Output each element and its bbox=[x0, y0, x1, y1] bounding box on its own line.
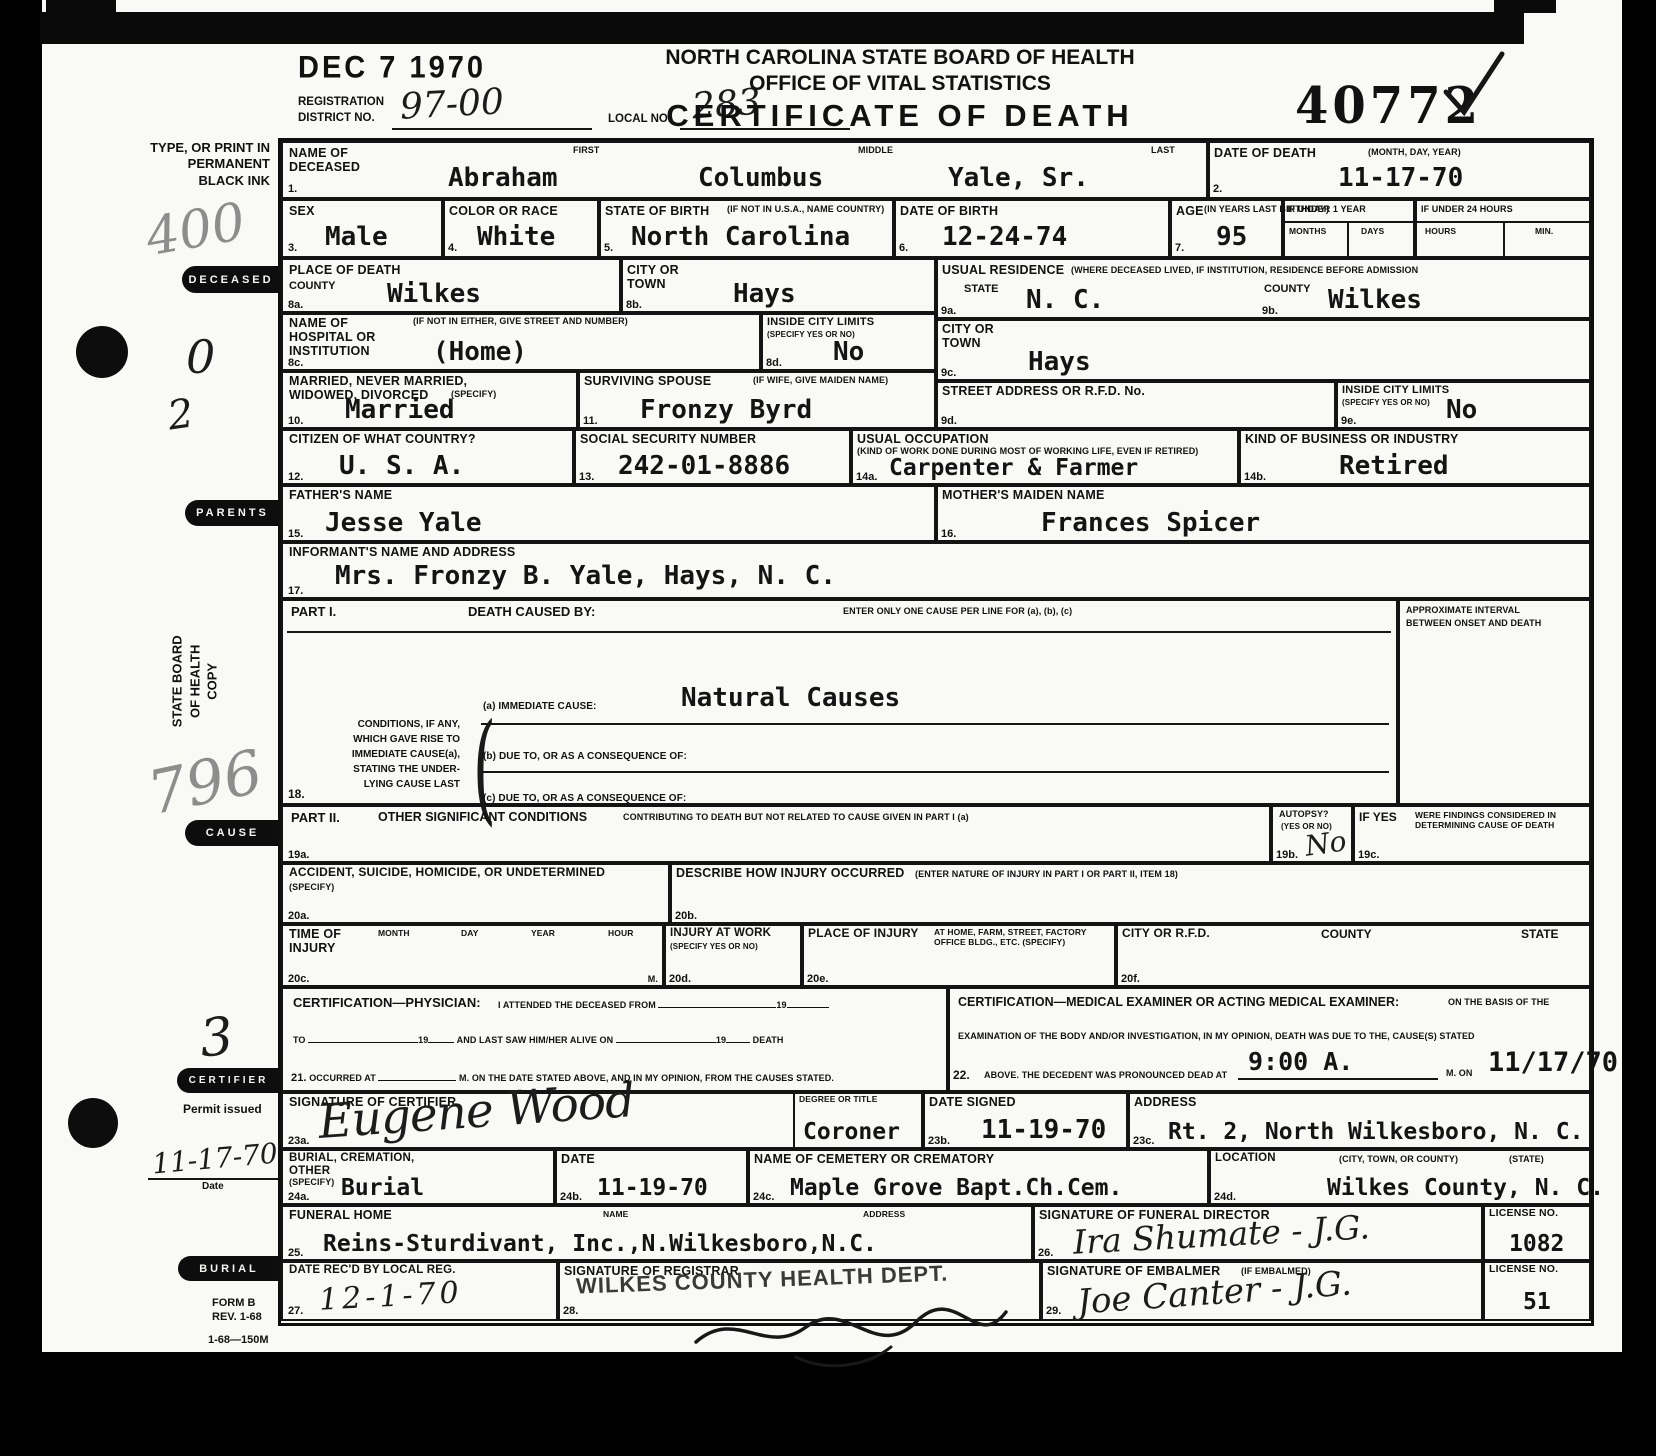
burial-location-label: LOCATION bbox=[1215, 1152, 1276, 1165]
tab-parents: PARENTS bbox=[185, 500, 280, 526]
field-approximate-interval: APPROXIMATE INTERVAL BETWEEN ONSET AND D… bbox=[1396, 597, 1591, 807]
death-caused-by-label: DEATH CAUSED BY: bbox=[468, 604, 595, 619]
copy-line3: COPY bbox=[204, 601, 222, 761]
death-city-label: CITY OR TOWN bbox=[627, 263, 687, 291]
m-on-label: M. ON bbox=[1446, 1068, 1473, 1078]
field-25-number: 25. bbox=[288, 1247, 303, 1259]
field-state-of-birth: STATE OF BIRTH (IF NOT IN U.S.A., NAME C… bbox=[597, 199, 896, 258]
physician-lastsaw-text: TO 19 AND LAST SAW HIM/HER ALIVE ON 19 D… bbox=[293, 1033, 784, 1045]
first-name-value: Abraham bbox=[448, 163, 558, 193]
field-9a-number: 9a. bbox=[941, 305, 956, 317]
field-11-number: 11. bbox=[583, 415, 598, 427]
field-9d-number: 9d. bbox=[941, 415, 957, 427]
field-22-number: 22. bbox=[953, 1068, 970, 1082]
section-certification-medical-examiner: CERTIFICATION—MEDICAL EXAMINER OR ACTING… bbox=[946, 985, 1591, 1094]
hospital-sublabel: (IF NOT IN EITHER, GIVE STREET AND NUMBE… bbox=[413, 316, 628, 326]
funeral-home-value: Reins-Sturdivant, Inc.,N.Wilkesboro,N.C. bbox=[323, 1231, 877, 1257]
ssn-label: SOCIAL SECURITY NUMBER bbox=[580, 432, 756, 446]
industry-value: Retired bbox=[1339, 451, 1449, 481]
occupation-value: Carpenter & Farmer bbox=[889, 455, 1138, 481]
age-sublabel: (IN YEARS LAST BIRTHDAY) bbox=[1204, 204, 1280, 214]
field-occupation: USUAL OCCUPATION (KIND OF WORK DONE DURI… bbox=[849, 427, 1241, 487]
field-14a-number: 14a. bbox=[856, 471, 877, 483]
field-burial-date: DATE 24b. 11-19-70 bbox=[553, 1147, 750, 1207]
immediate-cause-label: (a) IMMEDIATE CAUSE: bbox=[483, 701, 596, 712]
field-date-signed: DATE SIGNED 23b. 11-19-70 bbox=[921, 1090, 1130, 1151]
spouse-sublabel: (IF WIFE, GIVE MAIDEN NAME) bbox=[753, 375, 888, 385]
county-label: COUNTY bbox=[289, 280, 335, 292]
conditions-note-line4: STATING THE UNDER- bbox=[335, 762, 460, 777]
field-residence-city: CITY OR TOWN 9c. Hays bbox=[934, 317, 1591, 383]
approx-interval-line1: APPROXIMATE INTERVAL bbox=[1406, 604, 1541, 617]
field-if-under-24-hours: IF UNDER 24 HOURS HOURS MIN. bbox=[1413, 199, 1591, 258]
field-24a-number: 24a. bbox=[288, 1191, 309, 1203]
field-20a-number: 20a. bbox=[288, 910, 309, 922]
license1-value: 1082 bbox=[1509, 1231, 1564, 1257]
autopsy-label: AUTOPSY? bbox=[1279, 809, 1329, 819]
tab-cause: CAUSE bbox=[185, 820, 280, 846]
state-of-birth-sublabel: (IF NOT IN U.S.A., NAME COUNTRY) bbox=[727, 204, 882, 214]
residence-city-value: Hays bbox=[1028, 347, 1091, 377]
informant-label: INFORMANT'S NAME AND ADDRESS bbox=[289, 545, 515, 559]
field-12-number: 12. bbox=[288, 471, 303, 483]
scan-artifact-corner-left bbox=[46, 0, 116, 13]
field-28-number: 28. bbox=[563, 1305, 578, 1317]
field-injury-location: CITY OR R.F.D. COUNTY STATE 20f. bbox=[1114, 922, 1591, 989]
mother-label: MOTHER'S MAIDEN NAME bbox=[942, 488, 1105, 502]
field-burial-location: LOCATION (CITY, TOWN, OR COUNTY) (STATE)… bbox=[1207, 1147, 1591, 1207]
first-column-label: FIRST bbox=[573, 145, 600, 155]
field-date-of-birth: DATE OF BIRTH 6. 12-24-74 bbox=[892, 199, 1172, 258]
state-of-birth-label: STATE OF BIRTH bbox=[605, 204, 709, 218]
death-city-value: Hays bbox=[733, 279, 796, 309]
license1-label: LICENSE NO. bbox=[1489, 1208, 1558, 1220]
copy-designation: STATE BOARD OF HEALTH COPY bbox=[169, 601, 222, 761]
certifier-address-value: Rt. 2, North Wilkesboro, N. C. bbox=[1168, 1119, 1583, 1145]
marital-value: Married bbox=[345, 395, 455, 425]
me-pronounced-text: ABOVE. THE DECEDENT WAS PRONOUNCED DEAD … bbox=[984, 1070, 1227, 1080]
field-date-received: DATE REC'D BY LOCAL REG. 27. 12-1-70 bbox=[281, 1259, 560, 1321]
accident-label: ACCIDENT, SUICIDE, HOMICIDE, OR UNDETERM… bbox=[289, 866, 605, 879]
field-license-no-director: LICENSE NO. 1082 bbox=[1481, 1203, 1591, 1263]
print-instruction: TYPE, OR PRINT IN PERMANENT BLACK INK bbox=[138, 140, 270, 189]
certificate-title: CERTIFICATE OF DEATH bbox=[640, 98, 1160, 134]
funeral-home-address-label: ADDRESS bbox=[863, 1209, 905, 1219]
license2-value: 51 bbox=[1523, 1289, 1551, 1315]
field-8a-number: 8a. bbox=[288, 299, 303, 311]
field-sex: SEX 3. Male bbox=[281, 199, 445, 258]
father-label: FATHER'S NAME bbox=[289, 488, 392, 502]
field-5-number: 5. bbox=[604, 242, 613, 254]
sex-value: Male bbox=[325, 222, 388, 252]
field-name-of-deceased: NAME OF DECEASED FIRST MIDDLE LAST 1. Ab… bbox=[281, 141, 1210, 199]
due-to-b-line bbox=[481, 771, 1389, 773]
field-hospital: NAME OF HOSPITAL OR INSTITUTION (IF NOT … bbox=[281, 311, 763, 373]
place-of-injury-label: PLACE OF INJURY bbox=[808, 927, 919, 940]
pronounced-time-value: 9:00 A. bbox=[1248, 1047, 1353, 1076]
field-15-number: 15. bbox=[288, 528, 303, 540]
year-label: YEAR bbox=[531, 928, 555, 938]
margin-handwriting-0: 0 bbox=[186, 330, 215, 384]
degree-or-title-box: DEGREE OR TITLE Coroner bbox=[793, 1092, 923, 1149]
residence-city-label: CITY OR TOWN bbox=[942, 322, 1002, 350]
field-color-or-race: COLOR OR RACE 4. White bbox=[441, 199, 601, 258]
residence-county-label: COUNTY bbox=[1264, 283, 1310, 295]
field-signature-of-certifier: SIGNATURE OF CERTIFIER 23a. Eugene Wood … bbox=[281, 1090, 925, 1151]
injury-at-work-sublabel: (SPECIFY YES OR NO) bbox=[670, 942, 758, 951]
field-cemetery: NAME OF CEMETERY OR CREMATORY 24c. Maple… bbox=[746, 1147, 1211, 1207]
field-8d-number: 8d. bbox=[766, 357, 782, 369]
field-20d-number: 20d. bbox=[669, 973, 691, 985]
father-value: Jesse Yale bbox=[325, 508, 482, 538]
copy-line1: STATE BOARD bbox=[169, 601, 187, 761]
meridiem-label: M. bbox=[648, 974, 658, 984]
burial-location-sub1: (CITY, TOWN, OR COUNTY) bbox=[1339, 1154, 1458, 1164]
field-place-of-death-county: PLACE OF DEATH COUNTY 8a. Wilkes bbox=[281, 258, 623, 315]
last-name-value: Yale, Sr. bbox=[948, 163, 1089, 193]
field-2-number: 2. bbox=[1213, 183, 1222, 195]
due-to-b-label: (b) DUE TO, OR AS A CONSEQUENCE OF: bbox=[483, 751, 687, 762]
conditions-note-line5: LYING CAUSE LAST bbox=[335, 777, 460, 792]
org-line1: NORTH CAROLINA STATE BOARD OF HEALTH bbox=[640, 46, 1160, 70]
age-value: 95 bbox=[1216, 222, 1247, 252]
tab-burial: BURIAL bbox=[178, 1256, 280, 1281]
field-29-number: 29. bbox=[1046, 1305, 1061, 1317]
field-street-address: STREET ADDRESS OR R.F.D. No. 9d. bbox=[934, 379, 1338, 431]
citizen-label: CITIZEN OF WHAT COUNTRY? bbox=[289, 432, 476, 446]
part2-label: PART II. bbox=[291, 810, 340, 825]
field-surviving-spouse: SURVIVING SPOUSE (IF WIFE, GIVE MAIDEN N… bbox=[576, 369, 938, 431]
field-10-number: 10. bbox=[288, 415, 303, 427]
field-certifier-address: ADDRESS 23c. Rt. 2, North Wilkesboro, N.… bbox=[1126, 1090, 1591, 1151]
field-7-number: 7. bbox=[1175, 242, 1184, 254]
field-industry: KIND OF BUSINESS OR INDUSTRY 14b. Retire… bbox=[1237, 427, 1591, 487]
spouse-label: SURVIVING SPOUSE bbox=[584, 374, 711, 388]
part1-header-rule bbox=[287, 631, 1391, 633]
field-9b-number: 9b. bbox=[1262, 305, 1278, 317]
field-20e-number: 20e. bbox=[807, 973, 828, 985]
section-part2-other-conditions: PART II. OTHER SIGNIFICANT CONDITIONS CO… bbox=[281, 803, 1273, 865]
date-of-death-value: 11-17-70 bbox=[1338, 163, 1463, 193]
hour-label: HOUR bbox=[608, 928, 633, 938]
race-value: White bbox=[477, 222, 555, 252]
field-9e-number: 9e. bbox=[1341, 415, 1356, 427]
field-20c-number: 20c. bbox=[288, 973, 309, 985]
icl-9e-value: No bbox=[1446, 395, 1477, 425]
field-14b-number: 14b. bbox=[1244, 471, 1266, 483]
date-signed-value: 11-19-70 bbox=[981, 1115, 1106, 1145]
funeral-home-label: FUNERAL HOME bbox=[289, 1208, 392, 1222]
place-of-death-header: PLACE OF DEATH bbox=[289, 263, 401, 277]
spouse-value: Fronzy Byrd bbox=[640, 395, 812, 425]
approx-interval-line2: BETWEEN ONSET AND DEATH bbox=[1406, 617, 1541, 630]
under-24-hours-vdivider bbox=[1503, 221, 1505, 256]
date-received-value: 12-1-70 bbox=[318, 1275, 463, 1317]
cemetery-value: Maple Grove Bapt.Ch.Cem. bbox=[790, 1175, 1122, 1201]
field-24c-number: 24c. bbox=[753, 1191, 774, 1203]
date-of-death-label: DATE OF DEATH bbox=[1214, 146, 1316, 160]
margin-handwriting-3: 3 bbox=[197, 1006, 236, 1069]
permit-issued-label: Permit issued bbox=[183, 1102, 262, 1116]
field-23b-number: 23b. bbox=[928, 1135, 950, 1147]
print-instruction-line3: BLACK INK bbox=[138, 173, 270, 189]
date-signed-label: DATE SIGNED bbox=[929, 1095, 1016, 1109]
org-line2: OFFICE OF VITAL STATISTICS bbox=[640, 72, 1160, 96]
me-basis-text: ON THE BASIS OF THE bbox=[1448, 997, 1549, 1007]
month-label: MONTH bbox=[378, 928, 410, 938]
license2-label: LICENSE NO. bbox=[1489, 1264, 1558, 1276]
accident-sublabel: (SPECIFY) bbox=[289, 882, 334, 892]
field-embalmer-signature: SIGNATURE OF EMBALMER (IF EMBALMED) 29. … bbox=[1039, 1259, 1485, 1321]
injury-county-label: COUNTY bbox=[1321, 927, 1372, 941]
if-yes-sublabel: WERE FINDINGS CONSIDERED IN DETERMINING … bbox=[1415, 810, 1583, 830]
date-of-birth-label: DATE OF BIRTH bbox=[900, 204, 998, 218]
icl-9e-label: INSIDE CITY LIMITS bbox=[1342, 384, 1449, 396]
form-number: FORM B REV. 1-68 bbox=[212, 1296, 262, 1325]
punch-hole-top bbox=[76, 326, 128, 378]
hours-label: HOURS bbox=[1425, 226, 1456, 236]
registration-underline bbox=[392, 128, 592, 130]
field-8c-number: 8c. bbox=[288, 357, 303, 369]
date-of-birth-value: 12-24-74 bbox=[942, 222, 1067, 252]
field-place-of-death-city: CITY OR TOWN 8b. Hays bbox=[619, 258, 938, 315]
injury-at-work-label: INJURY AT WORK bbox=[670, 927, 771, 940]
field-20f-number: 20f. bbox=[1121, 973, 1140, 985]
physician-attended-text: I ATTENDED THE DECEASED FROM 19 bbox=[498, 998, 829, 1010]
field-19c-number: 19c. bbox=[1358, 849, 1379, 861]
certifier-address-label: ADDRESS bbox=[1134, 1095, 1197, 1109]
usual-residence-sublabel: (WHERE DECEASED LIVED, IF INSTITUTION, R… bbox=[1071, 265, 1418, 275]
burial-date-value: 11-19-70 bbox=[597, 1175, 708, 1201]
field-autopsy-findings: IF YES WERE FINDINGS CONSIDERED IN DETER… bbox=[1351, 803, 1591, 865]
injury-city-label: CITY OR R.F.D. bbox=[1122, 927, 1210, 940]
conditions-note-line1: CONDITIONS, IF ANY, bbox=[335, 717, 460, 732]
field-injury-at-work: INJURY AT WORK (SPECIFY YES OR NO) 20d. bbox=[662, 922, 804, 989]
immediate-cause-value: Natural Causes bbox=[681, 683, 900, 713]
field-9c-number: 9c. bbox=[941, 367, 956, 379]
field-6-number: 6. bbox=[899, 242, 908, 254]
field-place-of-injury: PLACE OF INJURY AT HOME, FARM, STREET, F… bbox=[800, 922, 1118, 989]
time-of-injury-label: TIME OF INJURY bbox=[289, 927, 349, 955]
describe-injury-sublabel: (ENTER NATURE OF INJURY IN PART I OR PAR… bbox=[915, 869, 1178, 879]
hospital-value: (Home) bbox=[433, 337, 527, 367]
pronounced-time-line bbox=[1238, 1078, 1438, 1080]
enter-one-cause-note: ENTER ONLY ONE CAUSE PER LINE FOR (a), (… bbox=[843, 606, 1072, 616]
name-of-deceased-label: NAME OF DECEASED bbox=[289, 146, 384, 174]
field-13-number: 13. bbox=[579, 471, 594, 483]
physician-cert-title: CERTIFICATION—PHYSICIAN: bbox=[293, 995, 481, 1010]
citizen-value: U. S. A. bbox=[339, 451, 464, 481]
under-24-hours-divider bbox=[1415, 221, 1589, 223]
last-column-label: LAST bbox=[1151, 145, 1175, 155]
field-funeral-home: FUNERAL HOME NAME ADDRESS 25. Reins-Stur… bbox=[281, 1203, 1035, 1263]
field-inside-city-limits-9e: INSIDE CITY LIMITS (SPECIFY YES OR NO) 9… bbox=[1334, 379, 1591, 431]
conditions-note-line3: IMMEDIATE CAUSE(a), bbox=[335, 747, 460, 762]
middle-column-label: MIDDLE bbox=[858, 145, 893, 155]
part1-label: PART I. bbox=[291, 604, 336, 619]
under-1-year-label: IF UNDER 1 YEAR bbox=[1287, 204, 1366, 214]
received-date-stamp: DEC 7 1970 bbox=[298, 51, 486, 87]
field-ssn: SOCIAL SECURITY NUMBER 13. 242-01-8886 bbox=[572, 427, 853, 487]
min-label: MIN. bbox=[1535, 226, 1553, 236]
marital-sublabel: (SPECIFY) bbox=[451, 389, 496, 399]
field-describe-injury: DESCRIBE HOW INJURY OCCURRED (ENTER NATU… bbox=[668, 861, 1591, 926]
burial-type-sublabel: (SPECIFY) bbox=[289, 1177, 334, 1187]
field-20b-number: 20b. bbox=[675, 910, 697, 922]
field-if-under-1-year: IF UNDER 1 YEAR MONTHS DAYS bbox=[1281, 199, 1417, 258]
field-citizen: CITIZEN OF WHAT COUNTRY? 12. U. S. A. bbox=[281, 427, 576, 487]
burial-type-value: Burial bbox=[341, 1175, 424, 1201]
months-label: MONTHS bbox=[1289, 226, 1326, 236]
icl-8d-label: INSIDE CITY LIMITS bbox=[767, 316, 874, 328]
field-27-number: 27. bbox=[288, 1305, 303, 1317]
field-24b-number: 24b. bbox=[560, 1191, 582, 1203]
hospital-label: NAME OF HOSPITAL OR INSTITUTION bbox=[289, 316, 399, 358]
sex-label: SEX bbox=[289, 204, 315, 218]
death-county-value: Wilkes bbox=[387, 279, 481, 309]
day-label: DAY bbox=[461, 928, 478, 938]
registration-label-line1: REGISTRATION bbox=[298, 96, 384, 108]
field-19b-number: 19b. bbox=[1276, 849, 1298, 861]
form-print-run: 1-68—150M bbox=[208, 1334, 269, 1346]
immediate-cause-line bbox=[481, 723, 1389, 725]
burial-type-label: BURIAL, CREMATION, OTHER bbox=[289, 1152, 439, 1178]
approx-interval-label: APPROXIMATE INTERVAL BETWEEN ONSET AND D… bbox=[1406, 604, 1541, 629]
under-1-year-vdivider bbox=[1347, 221, 1349, 256]
describe-injury-label: DESCRIBE HOW INJURY OCCURRED bbox=[676, 866, 905, 880]
checkmark-icon bbox=[1438, 48, 1510, 120]
field-mother-name: MOTHER'S MAIDEN NAME 16. Frances Spicer bbox=[934, 483, 1591, 544]
degree-label: DEGREE OR TITLE bbox=[799, 1094, 877, 1104]
field-1-number: 1. bbox=[288, 183, 297, 195]
copy-line2: OF HEALTH bbox=[186, 601, 204, 761]
burial-location-value: Wilkes County, N. C. bbox=[1327, 1175, 1604, 1201]
form-number-line2: REV. 1-68 bbox=[212, 1310, 262, 1324]
field-8b-number: 8b. bbox=[626, 299, 642, 311]
registration-label-line2: DISTRICT NO. bbox=[298, 112, 375, 124]
field-autopsy: AUTOPSY? (YES OR NO) 19b. No bbox=[1269, 803, 1355, 865]
field-24d-number: 24d. bbox=[1214, 1191, 1236, 1203]
certificate-form: NAME OF DECEASED FIRST MIDDLE LAST 1. Ab… bbox=[278, 138, 1594, 1326]
middle-name-value: Columbus bbox=[698, 163, 823, 193]
burial-date-label: DATE bbox=[561, 1152, 595, 1166]
days-label: DAYS bbox=[1361, 226, 1384, 236]
field-3-number: 3. bbox=[288, 242, 297, 254]
autopsy-value: No bbox=[1303, 824, 1349, 862]
date-of-death-sublabel: (MONTH, DAY, YEAR) bbox=[1368, 147, 1461, 157]
registrar-signature-flourish bbox=[676, 1287, 1016, 1377]
field-23a-number: 23a. bbox=[288, 1135, 309, 1147]
print-instruction-line1: TYPE, OR PRINT IN bbox=[138, 140, 270, 156]
field-license-no-embalmer: LICENSE NO. 51 bbox=[1481, 1259, 1591, 1321]
mother-value: Frances Spicer bbox=[1041, 508, 1260, 538]
state-of-birth-value: North Carolina bbox=[631, 222, 850, 252]
cemetery-label: NAME OF CEMETERY OR CREMATORY bbox=[754, 1152, 994, 1166]
print-instruction-line2: PERMANENT bbox=[138, 156, 270, 172]
funeral-home-name-label: NAME bbox=[603, 1209, 628, 1219]
place-of-injury-sublabel: AT HOME, FARM, STREET, FACTORY OFFICE BL… bbox=[934, 928, 1104, 948]
field-funeral-director-signature: SIGNATURE OF FUNERAL DIRECTOR 26. Ira Sh… bbox=[1031, 1203, 1485, 1263]
field-time-of-injury: TIME OF INJURY MONTH DAY YEAR HOUR 20c. … bbox=[281, 922, 666, 989]
icl-8d-value: No bbox=[833, 337, 864, 367]
injury-state-label: STATE bbox=[1521, 927, 1559, 941]
scanned-death-certificate: DEC 7 1970 REGISTRATION DISTRICT NO. 97-… bbox=[0, 0, 1656, 1456]
street-address-label: STREET ADDRESS OR R.F.D. No. bbox=[942, 384, 1145, 398]
permit-date-label: Date bbox=[202, 1181, 224, 1192]
field-23c-number: 23c. bbox=[1133, 1135, 1154, 1147]
form-number-line1: FORM B bbox=[212, 1296, 262, 1310]
field-26-number: 26. bbox=[1038, 1247, 1053, 1259]
tab-deceased: DECEASED bbox=[182, 266, 280, 293]
field-marital-status: MARRIED, NEVER MARRIED, WIDOWED, DIVORCE… bbox=[281, 369, 580, 431]
degree-value: Coroner bbox=[803, 1119, 900, 1145]
field-father-name: FATHER'S NAME 15. Jesse Yale bbox=[281, 483, 938, 544]
date-received-label: DATE REC'D BY LOCAL REG. bbox=[289, 1264, 456, 1277]
under-1-year-divider bbox=[1283, 221, 1415, 223]
residence-state-label: STATE bbox=[964, 283, 998, 295]
section-part1-cause-of-death: PART I. DEATH CAUSED BY: ENTER ONLY ONE … bbox=[281, 597, 1400, 807]
field-usual-residence-state-county: USUAL RESIDENCE (WHERE DECEASED LIVED, I… bbox=[934, 258, 1591, 321]
scan-artifact-corner-right bbox=[1494, 0, 1556, 13]
icl-9e-sublabel: (SPECIFY YES OR NO) bbox=[1342, 398, 1430, 407]
conditions-note-line2: WHICH GAVE RISE TO bbox=[335, 732, 460, 747]
field-date-of-death: DATE OF DEATH (MONTH, DAY, YEAR) 2. 11-1… bbox=[1206, 141, 1591, 199]
field-inside-city-limits-8d: INSIDE CITY LIMITS (SPECIFY YES OR NO) 8… bbox=[759, 311, 938, 373]
me-exam-text: EXAMINATION OF THE BODY AND/OR INVESTIGA… bbox=[958, 1031, 1475, 1041]
age-label: AGE bbox=[1176, 204, 1204, 218]
residence-county-value: Wilkes bbox=[1328, 285, 1422, 315]
field-accident-suicide-homicide: ACCIDENT, SUICIDE, HOMICIDE, OR UNDETERM… bbox=[281, 861, 672, 926]
occupation-label: USUAL OCCUPATION bbox=[857, 432, 989, 446]
race-label: COLOR OR RACE bbox=[449, 204, 558, 218]
scan-artifact-top-band bbox=[40, 12, 1524, 44]
punch-hole-bottom bbox=[68, 1098, 118, 1148]
field-17-number: 17. bbox=[288, 585, 303, 597]
usual-residence-header: USUAL RESIDENCE bbox=[942, 263, 1064, 277]
under-24-hours-label: IF UNDER 24 HOURS bbox=[1421, 204, 1513, 214]
tab-certifier: CERTIFIER bbox=[177, 1068, 280, 1093]
other-conditions-label: OTHER SIGNIFICANT CONDITIONS bbox=[378, 810, 587, 824]
pronounced-date-value: 11/17/70 bbox=[1488, 1047, 1618, 1078]
ssn-value: 242-01-8886 bbox=[618, 451, 790, 481]
field-burial-type: BURIAL, CREMATION, OTHER (SPECIFY) 24a. … bbox=[281, 1147, 557, 1207]
field-18-number: 18. bbox=[288, 787, 305, 801]
residence-state-value: N. C. bbox=[1026, 285, 1104, 315]
industry-label: KIND OF BUSINESS OR INDUSTRY bbox=[1245, 432, 1459, 446]
registration-district-value: 97-00 bbox=[399, 81, 505, 127]
field-4-number: 4. bbox=[448, 242, 457, 254]
field-age: AGE (IN YEARS LAST BIRTHDAY) 7. 95 bbox=[1168, 199, 1285, 258]
me-cert-title: CERTIFICATION—MEDICAL EXAMINER OR ACTING… bbox=[958, 995, 1399, 1009]
if-yes-label: IF YES bbox=[1359, 810, 1397, 824]
field-informant: INFORMANT'S NAME AND ADDRESS 17. Mrs. Fr… bbox=[281, 540, 1591, 601]
field-19a-number: 19a. bbox=[288, 849, 309, 861]
burial-location-sub2: (STATE) bbox=[1509, 1154, 1544, 1164]
other-conditions-sublabel: CONTRIBUTING TO DEATH BUT NOT RELATED TO… bbox=[623, 812, 969, 822]
field-16-number: 16. bbox=[941, 528, 956, 540]
permit-date-underline bbox=[148, 1178, 280, 1180]
conditions-note: CONDITIONS, IF ANY, WHICH GAVE RISE TO I… bbox=[335, 717, 460, 792]
informant-value: Mrs. Fronzy B. Yale, Hays, N. C. bbox=[335, 561, 836, 591]
